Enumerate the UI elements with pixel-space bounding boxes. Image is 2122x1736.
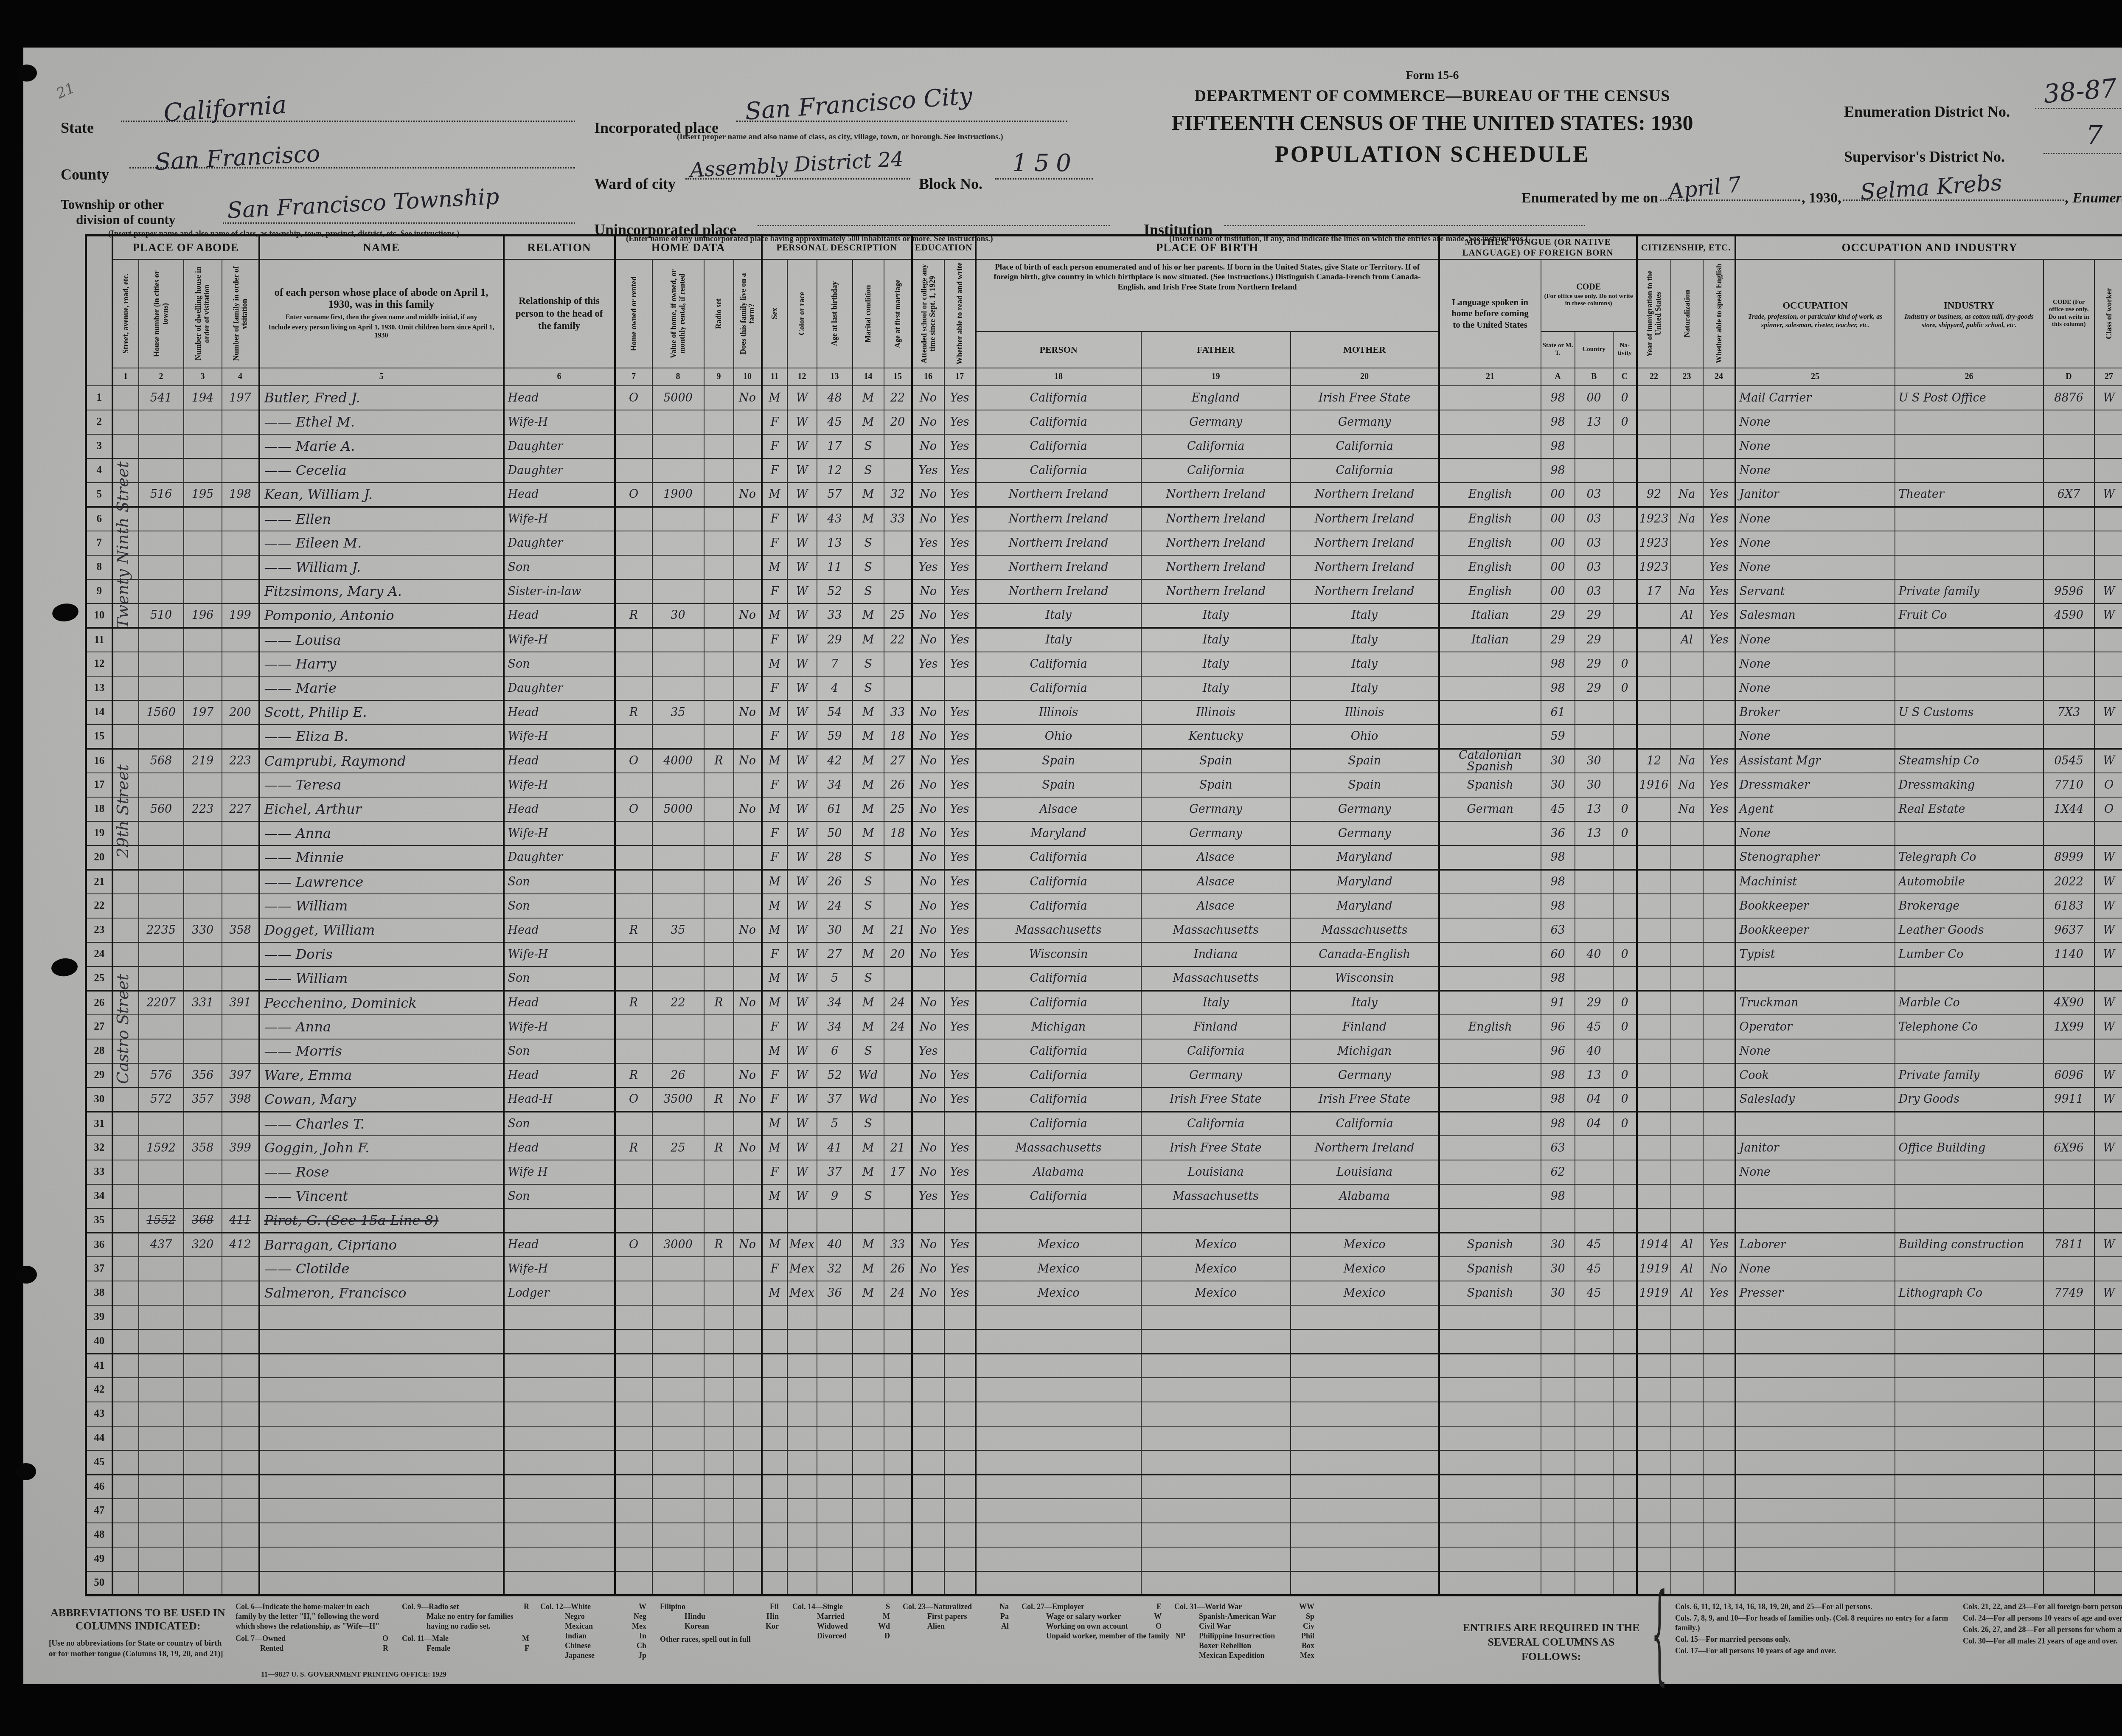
col-speak-english: Whether able to speak English xyxy=(1703,259,1735,368)
cell-rd xyxy=(704,1571,734,1596)
abbr-term: Boxer Rebellion xyxy=(1174,1641,1251,1651)
punch-hole xyxy=(16,1266,37,1284)
cell-cc xyxy=(1613,531,1637,555)
cell-vl xyxy=(652,579,704,604)
cell-rd xyxy=(704,1402,734,1426)
cell-rl: Son xyxy=(504,1112,615,1136)
cell-rl: Wife-H xyxy=(504,725,615,749)
cell-am: 24 xyxy=(884,991,912,1015)
cell-vl: 5000 xyxy=(652,386,704,410)
abbr-term: Col. 14—Single xyxy=(792,1602,843,1612)
cell-im xyxy=(1637,1015,1671,1039)
cell-hs xyxy=(139,531,184,555)
cell-im xyxy=(1637,725,1671,749)
cell-nt xyxy=(1671,1499,1703,1523)
cell-cr: W xyxy=(787,1039,817,1063)
cell-nm: —— Vincent xyxy=(259,1184,504,1208)
cell-vl xyxy=(652,1160,704,1184)
cell-cb: 29 xyxy=(1575,991,1613,1015)
table-row: 1541194197Butler, Fred J.HeadO5000NoMW48… xyxy=(86,386,2122,410)
abbr-term: Korean xyxy=(660,1621,709,1631)
cell-cc: 0 xyxy=(1613,1112,1637,1136)
entries-required-title: ENTRIES ARE REQUIRED IN THE SEVERAL COLU… xyxy=(1458,1621,1645,1663)
cell-hs xyxy=(139,1305,184,1329)
cell-ind xyxy=(1895,725,2043,749)
cell-ind: U S Post Office xyxy=(1895,386,2043,410)
cell-ow xyxy=(615,1281,652,1305)
cell-vl: 25 xyxy=(652,1136,704,1160)
entries-required-list-1: Cols. 6, 11, 12, 13, 14, 16, 18, 19, 20,… xyxy=(1675,1602,1951,1657)
cell-bf: California xyxy=(1141,1112,1291,1136)
cell-sc: No xyxy=(912,507,944,531)
cell-nm xyxy=(259,1305,504,1329)
cell-ca xyxy=(1541,1378,1575,1402)
cell-wk: W xyxy=(2094,700,2122,725)
cell-bm: Irish Free State xyxy=(1291,386,1439,410)
cell-bf: Northern Ireland xyxy=(1141,579,1291,604)
cell-rd xyxy=(704,1475,734,1499)
cell-rl: Head xyxy=(504,749,615,773)
cell-wk xyxy=(2094,1547,2122,1571)
column-number-5: 5 xyxy=(259,368,504,386)
column-number-1: 1 xyxy=(112,368,139,386)
cell-cc: 0 xyxy=(1613,821,1637,846)
cell-bf: Spain xyxy=(1141,749,1291,773)
cell-ow xyxy=(615,507,652,531)
cell-im: 17 xyxy=(1637,579,1671,604)
cell-bp xyxy=(976,1329,1141,1354)
table-row: 11—— LouisaWife-HFW29M22NoYesItalyItalyI… xyxy=(86,628,2122,652)
cell-sc: No xyxy=(912,846,944,870)
line-number: 1 xyxy=(86,386,112,410)
cell-fm xyxy=(222,1039,259,1063)
column-number-19: 19 xyxy=(1141,368,1291,386)
cell-cr: W xyxy=(787,797,817,821)
cell-wk: W xyxy=(2094,1281,2122,1305)
cell-vl: 1900 xyxy=(652,483,704,507)
abbr-code: W xyxy=(1148,1612,1162,1621)
cell-rl: Son xyxy=(504,870,615,894)
cell-fa: No xyxy=(734,749,762,773)
cell-nt xyxy=(1671,991,1703,1015)
cell-cc xyxy=(1613,1378,1637,1402)
cell-rd xyxy=(704,1354,734,1378)
cell-bf xyxy=(1141,1547,1291,1571)
line-number: 27 xyxy=(86,1015,112,1039)
cell-sc: No xyxy=(912,1281,944,1305)
cell-rl: Daughter xyxy=(504,531,615,555)
column-number-4: 4 xyxy=(222,368,259,386)
cell-rd: R xyxy=(704,1136,734,1160)
cell-ag: 7 xyxy=(817,652,853,676)
col-birth-person: PERSON xyxy=(976,331,1141,368)
cell-oc: None xyxy=(1735,725,1895,749)
cell-fm xyxy=(222,410,259,434)
cell-nt xyxy=(1671,700,1703,725)
cell-ag: 34 xyxy=(817,991,853,1015)
cell-bf: Alsace xyxy=(1141,870,1291,894)
cell-am xyxy=(884,966,912,991)
cell-ow xyxy=(615,1208,652,1233)
table-row: 27—— AnnaWife-HFW34M24NoYesMichiganFinla… xyxy=(86,1015,2122,1039)
table-row: 4848 xyxy=(86,1523,2122,1547)
cell-mr: M xyxy=(853,483,884,507)
cell-sc xyxy=(912,1426,944,1450)
cell-fa xyxy=(734,1354,762,1378)
cell-hs xyxy=(139,1378,184,1402)
cell-bp: Mexico xyxy=(976,1257,1141,1281)
cell-wk: W xyxy=(2094,749,2122,773)
cell-hs xyxy=(139,434,184,458)
cell-cc xyxy=(1613,1523,1637,1547)
cell-fm: 358 xyxy=(222,918,259,942)
cell-rd xyxy=(704,773,734,797)
line-number: 19 xyxy=(86,821,112,846)
cell-cr: W xyxy=(787,579,817,604)
cell-nt xyxy=(1671,410,1703,434)
cell-rl: Son xyxy=(504,652,615,676)
cell-rl: Head xyxy=(504,604,615,628)
cell-nt xyxy=(1671,1015,1703,1039)
cell-sx: M xyxy=(762,483,787,507)
cell-tg xyxy=(1439,894,1541,918)
county-value: San Francisco xyxy=(154,140,321,175)
cell-nt xyxy=(1671,1571,1703,1596)
cell-tg xyxy=(1439,1499,1541,1523)
cell-mr: M xyxy=(853,700,884,725)
cell-nt xyxy=(1671,434,1703,458)
cell-am: 22 xyxy=(884,628,912,652)
cell-street xyxy=(112,1329,139,1354)
cell-fa xyxy=(734,942,762,966)
cell-sc: No xyxy=(912,434,944,458)
cell-bp xyxy=(976,1499,1141,1523)
cell-sx xyxy=(762,1208,787,1233)
abbreviations-title-block: ABBREVIATIONS TO BE USED IN COLUMNS INDI… xyxy=(49,1606,227,1659)
abbr-code: Pa xyxy=(994,1612,1009,1621)
cell-rw: Yes xyxy=(944,894,976,918)
line-number: 2 xyxy=(86,410,112,434)
footer-col14: Col. 14—SingleSMarriedMWidowedWdDivorced… xyxy=(792,1602,890,1641)
abbr-term: Alien xyxy=(903,1621,945,1631)
cell-street xyxy=(112,1354,139,1378)
cell-cr: W xyxy=(787,1063,817,1087)
cell-rw: Yes xyxy=(944,991,976,1015)
cell-dw xyxy=(184,894,222,918)
cell-fa: No xyxy=(734,700,762,725)
cell-am: 18 xyxy=(884,821,912,846)
cell-tg xyxy=(1439,1523,1541,1547)
cell-nm: Pomponio, Antonio xyxy=(259,604,504,628)
cell-nt xyxy=(1671,846,1703,870)
cell-dw xyxy=(184,773,222,797)
cell-cd: 8999 xyxy=(2043,846,2094,870)
cell-vl: 22 xyxy=(652,991,704,1015)
cell-ag: 4 xyxy=(817,676,853,700)
cell-fa xyxy=(734,628,762,652)
table-row: 10510196199Pomponio, AntonioHeadR30NoMW3… xyxy=(86,604,2122,628)
cell-wk xyxy=(2094,1257,2122,1281)
cell-ag xyxy=(817,1426,853,1450)
cell-cr: W xyxy=(787,386,817,410)
cell-rl xyxy=(504,1378,615,1402)
cell-nt xyxy=(1671,1378,1703,1402)
cell-rw xyxy=(944,1208,976,1233)
cell-am xyxy=(884,1184,912,1208)
abbreviation-item: Col. 7—OwnedO xyxy=(236,1634,388,1643)
cell-oc: None xyxy=(1735,1039,1895,1063)
cell-sx: M xyxy=(762,1281,787,1305)
cell-ind xyxy=(1895,1354,2043,1378)
cell-fm xyxy=(222,1257,259,1281)
cell-am xyxy=(884,846,912,870)
cell-ow xyxy=(615,1523,652,1547)
cell-mr: S xyxy=(853,894,884,918)
cell-fm xyxy=(222,1475,259,1499)
cell-cr: W xyxy=(787,749,817,773)
cell-oc: Janitor xyxy=(1735,483,1895,507)
cell-ag: 34 xyxy=(817,773,853,797)
cell-oc: Bookkeeper xyxy=(1735,918,1895,942)
group-home-data: HOME DATA xyxy=(615,236,762,259)
cell-dw: 223 xyxy=(184,797,222,821)
cell-sc: Yes xyxy=(912,555,944,579)
form-titles: Form 15-6 DEPARTMENT OF COMMERCE—BUREAU … xyxy=(1148,69,1717,167)
cell-am xyxy=(884,1426,912,1450)
cell-dw: 357 xyxy=(184,1087,222,1112)
line-number: 49 xyxy=(86,1547,112,1571)
cell-ag: 11 xyxy=(817,555,853,579)
cell-cr: W xyxy=(787,942,817,966)
cell-street xyxy=(112,1499,139,1523)
cell-ca: 29 xyxy=(1541,628,1575,652)
line-number: 28 xyxy=(86,1039,112,1063)
group-place-of-abode: PLACE OF ABODE xyxy=(112,236,259,259)
cell-dw xyxy=(184,1450,222,1475)
cell-ca: 30 xyxy=(1541,1257,1575,1281)
cell-fm xyxy=(222,1499,259,1523)
cell-hs xyxy=(139,821,184,846)
cell-rw xyxy=(944,1475,976,1499)
cell-rw xyxy=(944,1378,976,1402)
cell-cc xyxy=(1613,1426,1637,1450)
cell-fa: No xyxy=(734,386,762,410)
cell-im xyxy=(1637,604,1671,628)
cell-ag: 54 xyxy=(817,700,853,725)
cell-rw: Yes xyxy=(944,700,976,725)
cell-rd: R xyxy=(704,1087,734,1112)
cell-rd xyxy=(704,1426,734,1450)
column-number-8: 8 xyxy=(652,368,704,386)
column-number-21: 21 xyxy=(1439,368,1541,386)
cell-hs xyxy=(139,1184,184,1208)
cell-bm xyxy=(1291,1523,1439,1547)
cell-sc xyxy=(912,1305,944,1329)
cell-mr xyxy=(853,1571,884,1596)
cell-mr: S xyxy=(853,458,884,483)
cell-rd xyxy=(704,1208,734,1233)
line-number: 34 xyxy=(86,1184,112,1208)
col-attended-school: Attended school or college any time sinc… xyxy=(912,259,944,368)
line-number: 24 xyxy=(86,942,112,966)
cell-oc: Bookkeeper xyxy=(1735,894,1895,918)
cell-en xyxy=(1703,1450,1735,1475)
cell-tg xyxy=(1439,1087,1541,1112)
cell-rd xyxy=(704,700,734,725)
table-row: 4343 xyxy=(86,1402,2122,1426)
abbr-term: Civil War xyxy=(1174,1621,1231,1631)
cell-sx: M xyxy=(762,1136,787,1160)
line-number: 12 xyxy=(86,652,112,676)
cell-rl: Head xyxy=(504,386,615,410)
cell-bp: Italy xyxy=(976,604,1141,628)
cell-sx: M xyxy=(762,1112,787,1136)
cell-ind: Marble Co xyxy=(1895,991,2043,1015)
cell-im: 12 xyxy=(1637,749,1671,773)
cell-cb: 13 xyxy=(1575,821,1613,846)
cell-en xyxy=(1703,1499,1735,1523)
cell-ag xyxy=(817,1475,853,1499)
cell-cd: 6X96 xyxy=(2043,1136,2094,1160)
cell-fa xyxy=(734,1160,762,1184)
cell-ca: 45 xyxy=(1541,797,1575,821)
abbr-term: Rented xyxy=(236,1643,283,1653)
cell-im xyxy=(1637,1499,1671,1523)
cell-oc: Cook xyxy=(1735,1063,1895,1087)
abbr-term: Col. 9—Radio set xyxy=(402,1602,459,1612)
cell-nt: Na xyxy=(1671,483,1703,507)
cell-fm xyxy=(222,676,259,700)
cell-ca xyxy=(1541,1499,1575,1523)
cell-am: 27 xyxy=(884,749,912,773)
cell-en: Yes xyxy=(1703,579,1735,604)
cell-nm: —— Lawrence xyxy=(259,870,504,894)
cell-dw xyxy=(184,1354,222,1378)
cell-bf: Indiana xyxy=(1141,942,1291,966)
cell-bm: Louisiana xyxy=(1291,1160,1439,1184)
line-number: 39 xyxy=(86,1305,112,1329)
abbr-code: D xyxy=(879,1631,890,1641)
cell-fa xyxy=(734,1039,762,1063)
cell-am xyxy=(884,1547,912,1571)
cell-rw xyxy=(944,1523,976,1547)
cell-hs xyxy=(139,458,184,483)
cell-oc xyxy=(1735,1499,1895,1523)
table-row: 262207331391Pecchenino, DominickHeadR22R… xyxy=(86,991,2122,1015)
cell-cc xyxy=(1613,434,1637,458)
cell-ow xyxy=(615,966,652,991)
column-number-24: 24 xyxy=(1703,368,1735,386)
cell-rw xyxy=(944,1305,976,1329)
cell-im: 1916 xyxy=(1637,773,1671,797)
cell-dw xyxy=(184,410,222,434)
cell-cb: 03 xyxy=(1575,555,1613,579)
cell-mr xyxy=(853,1208,884,1233)
cell-ind xyxy=(1895,821,2043,846)
cell-rw: Yes xyxy=(944,652,976,676)
cell-tg xyxy=(1439,725,1541,749)
cell-vl xyxy=(652,1523,704,1547)
cell-bm xyxy=(1291,1547,1439,1571)
cell-bf: Northern Ireland xyxy=(1141,483,1291,507)
cell-am xyxy=(884,1354,912,1378)
cell-oc xyxy=(1735,1475,1895,1499)
cell-im xyxy=(1637,1378,1671,1402)
cell-sc xyxy=(912,1523,944,1547)
cell-im xyxy=(1637,700,1671,725)
line-number: 3 xyxy=(86,434,112,458)
cell-am xyxy=(884,1305,912,1329)
cell-ind xyxy=(1895,1475,2043,1499)
cell-bp: Spain xyxy=(976,773,1141,797)
cell-wk xyxy=(2094,458,2122,483)
cell-nt xyxy=(1671,1329,1703,1354)
column-number-row: 123456789101112131415161718192021ABC2223… xyxy=(86,368,2122,386)
cell-ow xyxy=(615,942,652,966)
cell-ag: 40 xyxy=(817,1233,853,1257)
abbr-code: F xyxy=(519,1643,529,1653)
cell-ca: 30 xyxy=(1541,773,1575,797)
cell-hs xyxy=(139,1499,184,1523)
abbr-term: First papers xyxy=(903,1612,967,1621)
line-number: 8 xyxy=(86,555,112,579)
cell-en xyxy=(1703,434,1735,458)
cell-oc: Mail Carrier xyxy=(1735,386,1895,410)
cell-en xyxy=(1703,918,1735,942)
cell-rl: Son xyxy=(504,555,615,579)
cell-oc: None xyxy=(1735,531,1895,555)
cell-cr xyxy=(787,1354,817,1378)
cell-oc: Assistant Mgr xyxy=(1735,749,1895,773)
table-row: 28—— MorrisSonMW6SYesCaliforniaCaliforni… xyxy=(86,1039,2122,1063)
abbr-code: Box xyxy=(1296,1641,1314,1651)
cell-cr: W xyxy=(787,1112,817,1136)
cell-hs xyxy=(139,870,184,894)
cell-dw: 330 xyxy=(184,918,222,942)
cell-ow xyxy=(615,410,652,434)
cell-dw xyxy=(184,1329,222,1354)
cell-cr: W xyxy=(787,1160,817,1184)
cell-wk xyxy=(2094,1329,2122,1354)
population-schedule-table: PLACE OF ABODE NAME RELATION HOME DATA P… xyxy=(85,234,2122,1596)
cell-cd xyxy=(2043,555,2094,579)
cell-rl: Wife-H xyxy=(504,1015,615,1039)
cell-bm: Spain xyxy=(1291,773,1439,797)
cell-vl xyxy=(652,1450,704,1475)
cell-im xyxy=(1637,676,1671,700)
cell-cb xyxy=(1575,1136,1613,1160)
cell-vl xyxy=(652,1257,704,1281)
cell-rl xyxy=(504,1499,615,1523)
cell-cd xyxy=(2043,676,2094,700)
cell-fm xyxy=(222,434,259,458)
cell-im xyxy=(1637,846,1671,870)
cell-tg xyxy=(1439,918,1541,942)
cell-bm: Germany xyxy=(1291,410,1439,434)
cell-am xyxy=(884,1571,912,1596)
cell-oc xyxy=(1735,1571,1895,1596)
cell-bf: Massachusetts xyxy=(1141,918,1291,942)
cell-ind: Leather Goods xyxy=(1895,918,2043,942)
cell-vl xyxy=(652,531,704,555)
col-birth-mother: MOTHER xyxy=(1291,331,1439,368)
cell-street xyxy=(112,1136,139,1160)
cell-am xyxy=(884,1499,912,1523)
cell-sx: F xyxy=(762,1160,787,1184)
cell-fm xyxy=(222,773,259,797)
abbreviation-item: Col. 23—NaturalizedNa xyxy=(903,1602,1009,1612)
cell-cb: 03 xyxy=(1575,579,1613,604)
